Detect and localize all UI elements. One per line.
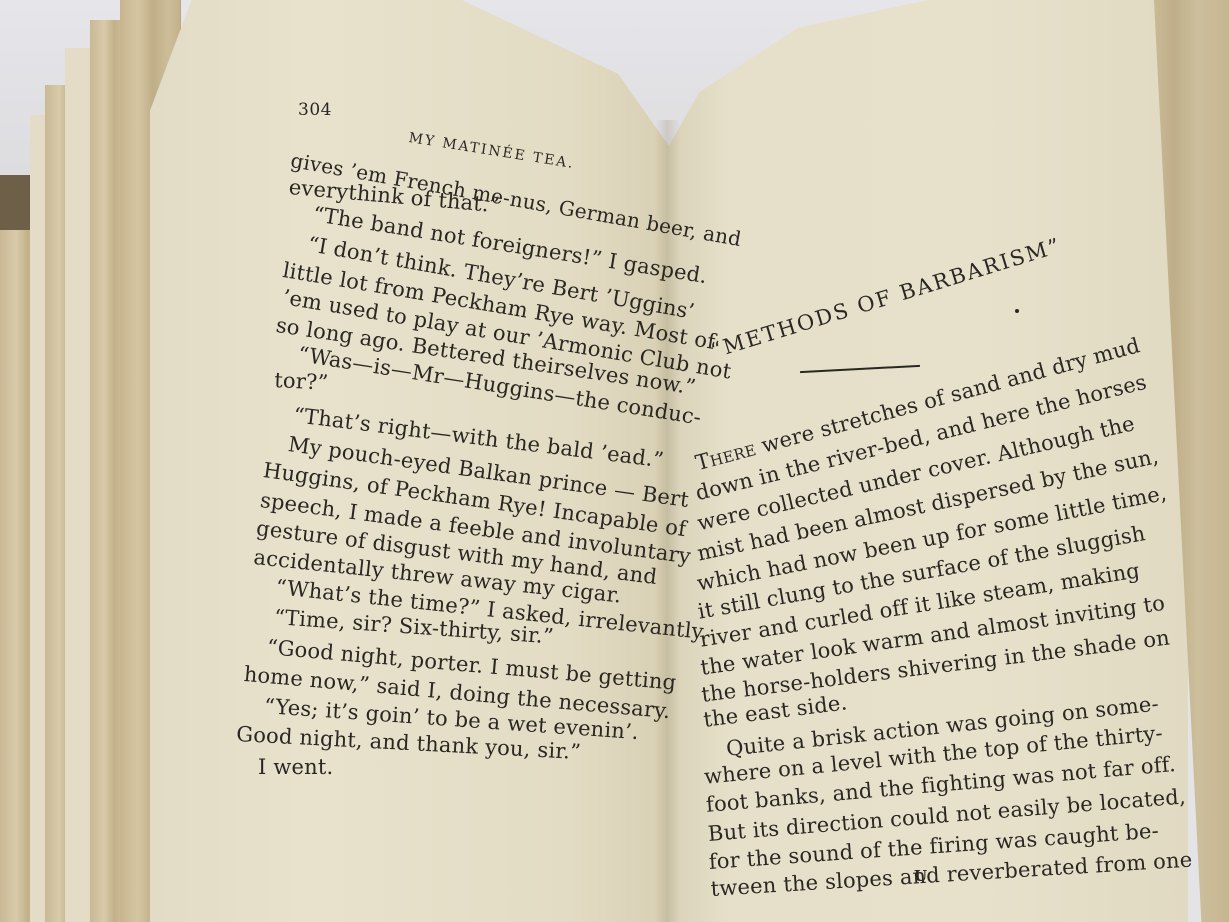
page-number: 304 xyxy=(298,100,332,120)
text-line: tor?” xyxy=(274,368,329,395)
signature-mark: U xyxy=(914,867,927,885)
stray-mark xyxy=(1015,309,1019,313)
text-line: I went. xyxy=(258,755,333,779)
